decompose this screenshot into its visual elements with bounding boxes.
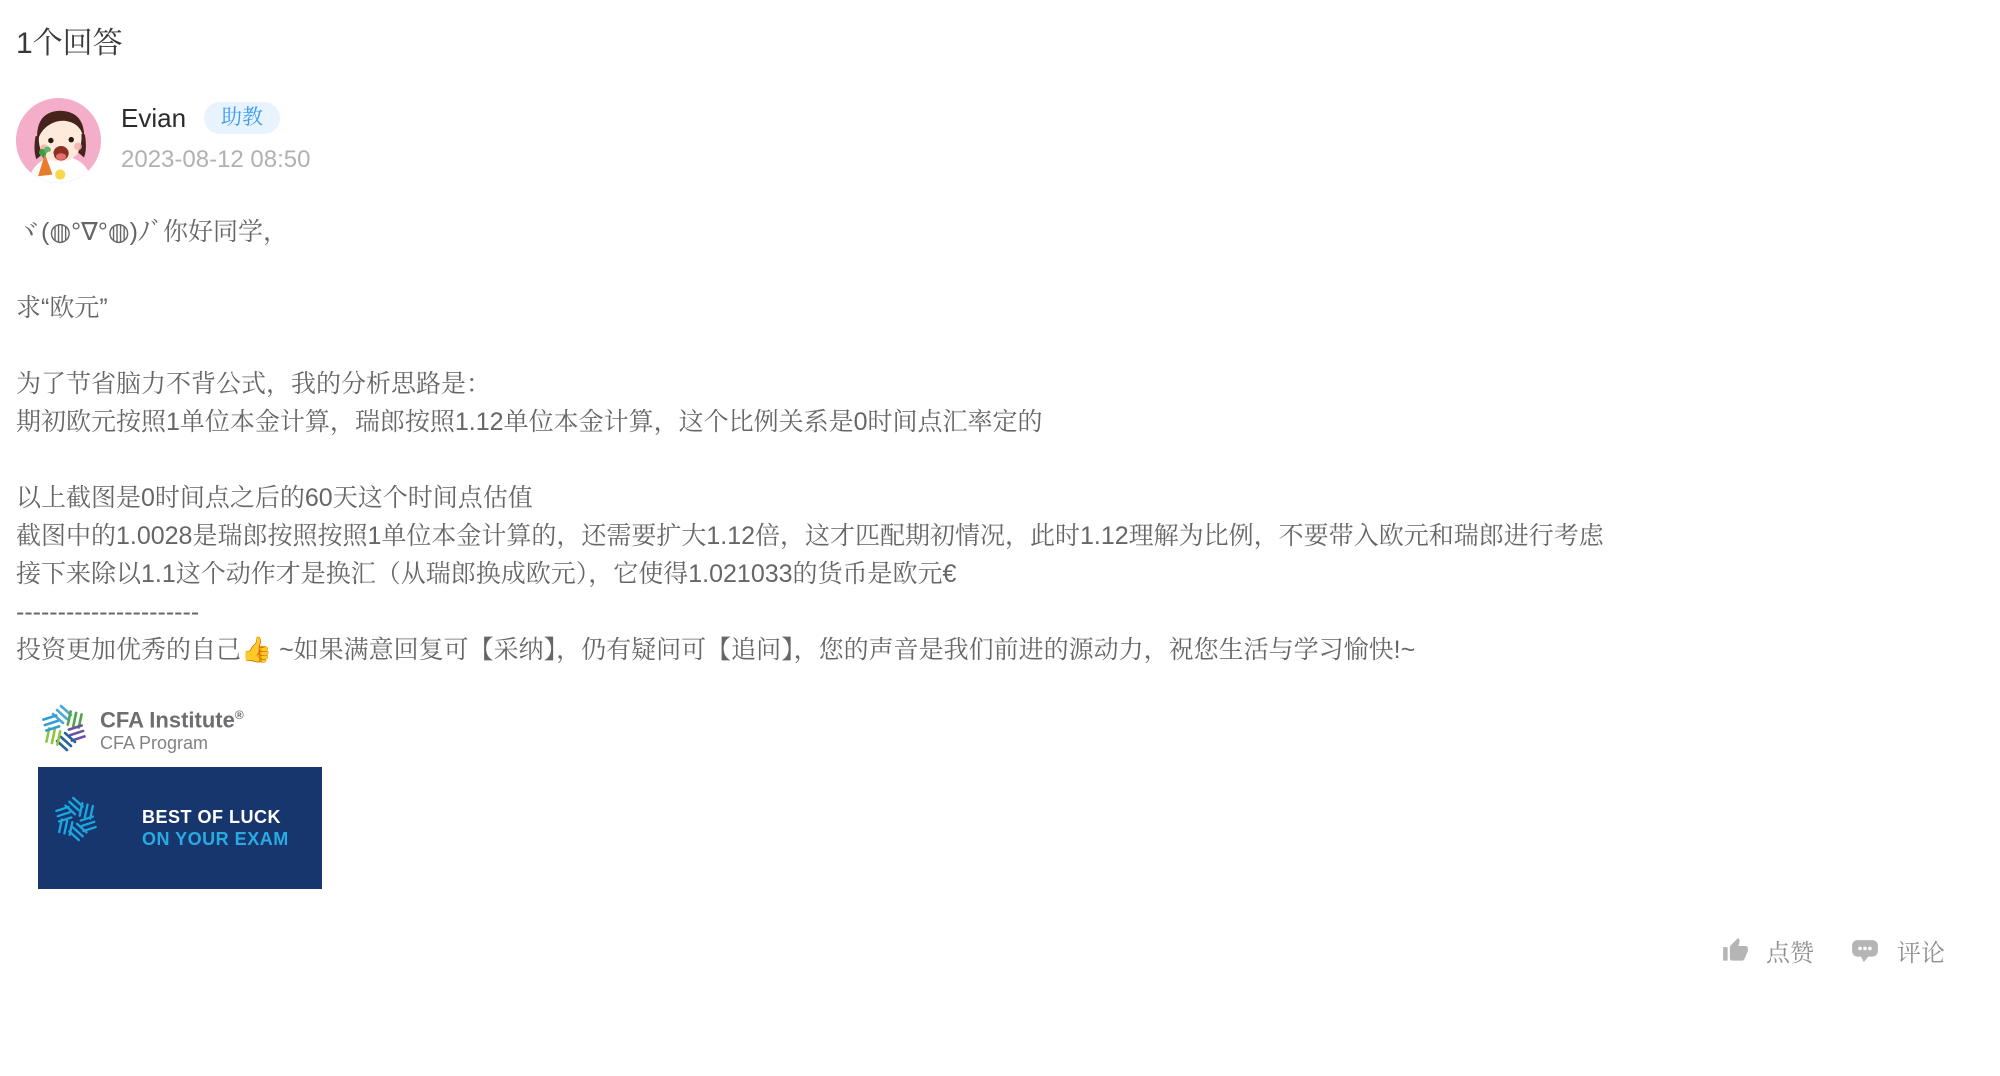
banner-line1: BEST OF LUCK [142,806,289,828]
author-info: Evian 助教 2023-08-12 08:50 [121,98,311,183]
cfa-logo-subtitle: CFA Program [100,733,244,753]
answer-page: 1个回答 [0,0,2000,968]
comment-bubble-icon [1850,937,1880,964]
cfa-institute-logo: CFA Institute® CFA Program [40,703,1945,753]
answer-body-text: ヾ(◍°∇°◍)ﾉﾞ你好同学， 求“欧元” 为了节省脑力不背公式，我的分析思路是… [16,213,1684,669]
registered-mark: ® [235,708,244,722]
best-of-luck-banner: BEST OF LUCK ON YOUR EXAM [38,767,322,889]
action-bar: 点赞 评论 [16,933,1945,968]
cfa-logo-title: CFA Institute® [100,703,244,732]
banner-line2: ON YOUR EXAM [142,828,289,850]
like-button[interactable]: 点赞 [1722,933,1814,968]
author-name[interactable]: Evian [121,103,186,134]
answer-card: Evian 助教 2023-08-12 08:50 ヾ(◍°∇°◍)ﾉﾞ你好同学… [16,98,1945,968]
cfa-pinwheel-icon [40,704,88,752]
comment-button[interactable]: 评论 [1850,933,1945,968]
author-role-badge: 助教 [204,102,280,134]
answers-count-heading: 1个回答 [16,26,1945,62]
thumbs-up-icon [1722,937,1749,964]
avatar[interactable] [16,98,101,183]
banner-text: BEST OF LUCK ON YOUR EXAM [142,806,289,850]
cfa-logo-text: CFA Institute® CFA Program [100,703,244,753]
avatar-illustration [16,98,101,183]
answer-timestamp: 2023-08-12 08:50 [121,146,311,174]
author-row: Evian 助教 2023-08-12 08:50 [16,98,1945,183]
cfa-pinwheel-icon [53,796,99,842]
like-label: 点赞 [1766,933,1814,968]
comment-label: 评论 [1897,933,1945,968]
